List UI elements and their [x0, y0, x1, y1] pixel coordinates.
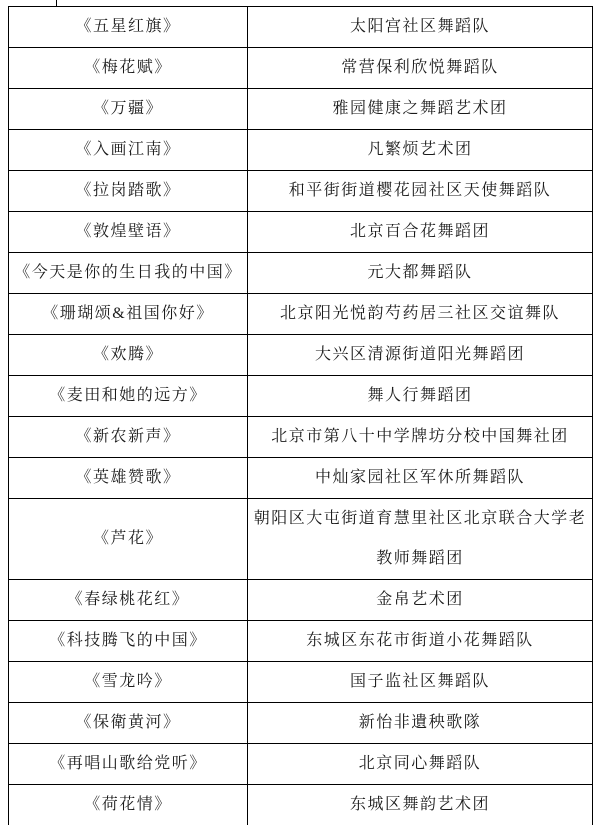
program-title-cell: 《珊瑚颂&祖国你好》 [9, 294, 248, 335]
table-row: 《雪龙吟》国子监社区舞蹈队 [9, 662, 593, 703]
program-title-cell: 《梅花赋》 [9, 48, 248, 89]
troupe-name-cell: 元大都舞蹈队 [248, 253, 593, 294]
program-title-cell: 《再唱山歌给党听》 [9, 744, 248, 785]
program-title-cell: 《拉岗踏歌》 [9, 171, 248, 212]
table-row: 《梅花赋》常营保利欣悦舞蹈队 [9, 48, 593, 89]
program-title-cell: 《科技腾飞的中国》 [9, 621, 248, 662]
program-title-cell: 《英雄赞歌》 [9, 458, 248, 499]
program-title-cell: 《今天是你的生日我的中国》 [9, 253, 248, 294]
troupe-name-cell: 北京阳光悦韵芍药居三社区交谊舞队 [248, 294, 593, 335]
troupe-name-cell: 东城区东花市街道小花舞蹈队 [248, 621, 593, 662]
table-row: 《麦田和她的远方》舞人行舞蹈团 [9, 376, 593, 417]
program-title-cell: 《入画江南》 [9, 130, 248, 171]
troupe-name-cell: 北京市第八十中学牌坊分校中国舞社团 [248, 417, 593, 458]
troupe-name-cell: 国子监社区舞蹈队 [248, 662, 593, 703]
troupe-name-cell: 中灿家园社区军休所舞蹈队 [248, 458, 593, 499]
table-row: 《荷花情》东城区舞韵艺术团 [9, 785, 593, 825]
table-row: 《欢腾》大兴区清源街道阳光舞蹈团 [9, 335, 593, 376]
table-row: 《珊瑚颂&祖国你好》北京阳光悦韵芍药居三社区交谊舞队 [9, 294, 593, 335]
program-title-cell: 《芦花》 [9, 499, 248, 580]
program-title-cell: 《麦田和她的远方》 [9, 376, 248, 417]
program-title-cell: 《敦煌壁语》 [9, 212, 248, 253]
troupe-name-cell: 朝阳区大屯街道育慧里社区北京联合大学老教师舞蹈团 [248, 499, 593, 580]
performance-table: 《五星红旗》太阳宫社区舞蹈队《梅花赋》常营保利欣悦舞蹈队《万疆》雅园健康之舞蹈艺… [8, 6, 593, 825]
table-row: 《保衛黄河》新怡非遺秧歌隊 [9, 703, 593, 744]
table-row: 《再唱山歌给党听》北京同心舞蹈队 [9, 744, 593, 785]
table-row: 《芦花》朝阳区大屯街道育慧里社区北京联合大学老教师舞蹈团 [9, 499, 593, 580]
troupe-name-cell: 舞人行舞蹈团 [248, 376, 593, 417]
table-row: 《万疆》雅园健康之舞蹈艺术团 [9, 89, 593, 130]
table-row: 《新农新声》北京市第八十中学牌坊分校中国舞社团 [9, 417, 593, 458]
program-title-cell: 《春绿桃花红》 [9, 580, 248, 621]
troupe-name-cell: 大兴区清源街道阳光舞蹈团 [248, 335, 593, 376]
troupe-name-cell: 东城区舞韵艺术团 [248, 785, 593, 825]
troupe-name-cell: 凡繁烦艺术团 [248, 130, 593, 171]
program-title-cell: 《雪龙吟》 [9, 662, 248, 703]
table-row: 《敦煌壁语》北京百合花舞蹈团 [9, 212, 593, 253]
troupe-name-cell: 北京百合花舞蹈团 [248, 212, 593, 253]
program-title-cell: 《欢腾》 [9, 335, 248, 376]
table-row: 《春绿桃花红》金帛艺术团 [9, 580, 593, 621]
troupe-name-cell: 常营保利欣悦舞蹈队 [248, 48, 593, 89]
troupe-name-cell: 和平街街道樱花园社区天使舞蹈队 [248, 171, 593, 212]
troupe-name-cell: 雅园健康之舞蹈艺术团 [248, 89, 593, 130]
performance-table-body: 《五星红旗》太阳宫社区舞蹈队《梅花赋》常营保利欣悦舞蹈队《万疆》雅园健康之舞蹈艺… [9, 7, 593, 825]
table-row: 《英雄赞歌》中灿家园社区军休所舞蹈队 [9, 458, 593, 499]
table-row: 《五星红旗》太阳宫社区舞蹈队 [9, 7, 593, 48]
table-row: 《入画江南》凡繁烦艺术团 [9, 130, 593, 171]
program-title-cell: 《保衛黄河》 [9, 703, 248, 744]
troupe-name-cell: 北京同心舞蹈队 [248, 744, 593, 785]
program-title-cell: 《五星红旗》 [9, 7, 248, 48]
table-row: 《拉岗踏歌》和平街街道樱花园社区天使舞蹈队 [9, 171, 593, 212]
troupe-name-cell: 新怡非遺秧歌隊 [248, 703, 593, 744]
program-title-cell: 《荷花情》 [9, 785, 248, 825]
program-title-cell: 《万疆》 [9, 89, 248, 130]
table-row: 《科技腾飞的中国》东城区东花市街道小花舞蹈队 [9, 621, 593, 662]
troupe-name-cell: 金帛艺术团 [248, 580, 593, 621]
table-row: 《今天是你的生日我的中国》元大都舞蹈队 [9, 253, 593, 294]
troupe-name-cell: 太阳宫社区舞蹈队 [248, 7, 593, 48]
program-title-cell: 《新农新声》 [9, 417, 248, 458]
